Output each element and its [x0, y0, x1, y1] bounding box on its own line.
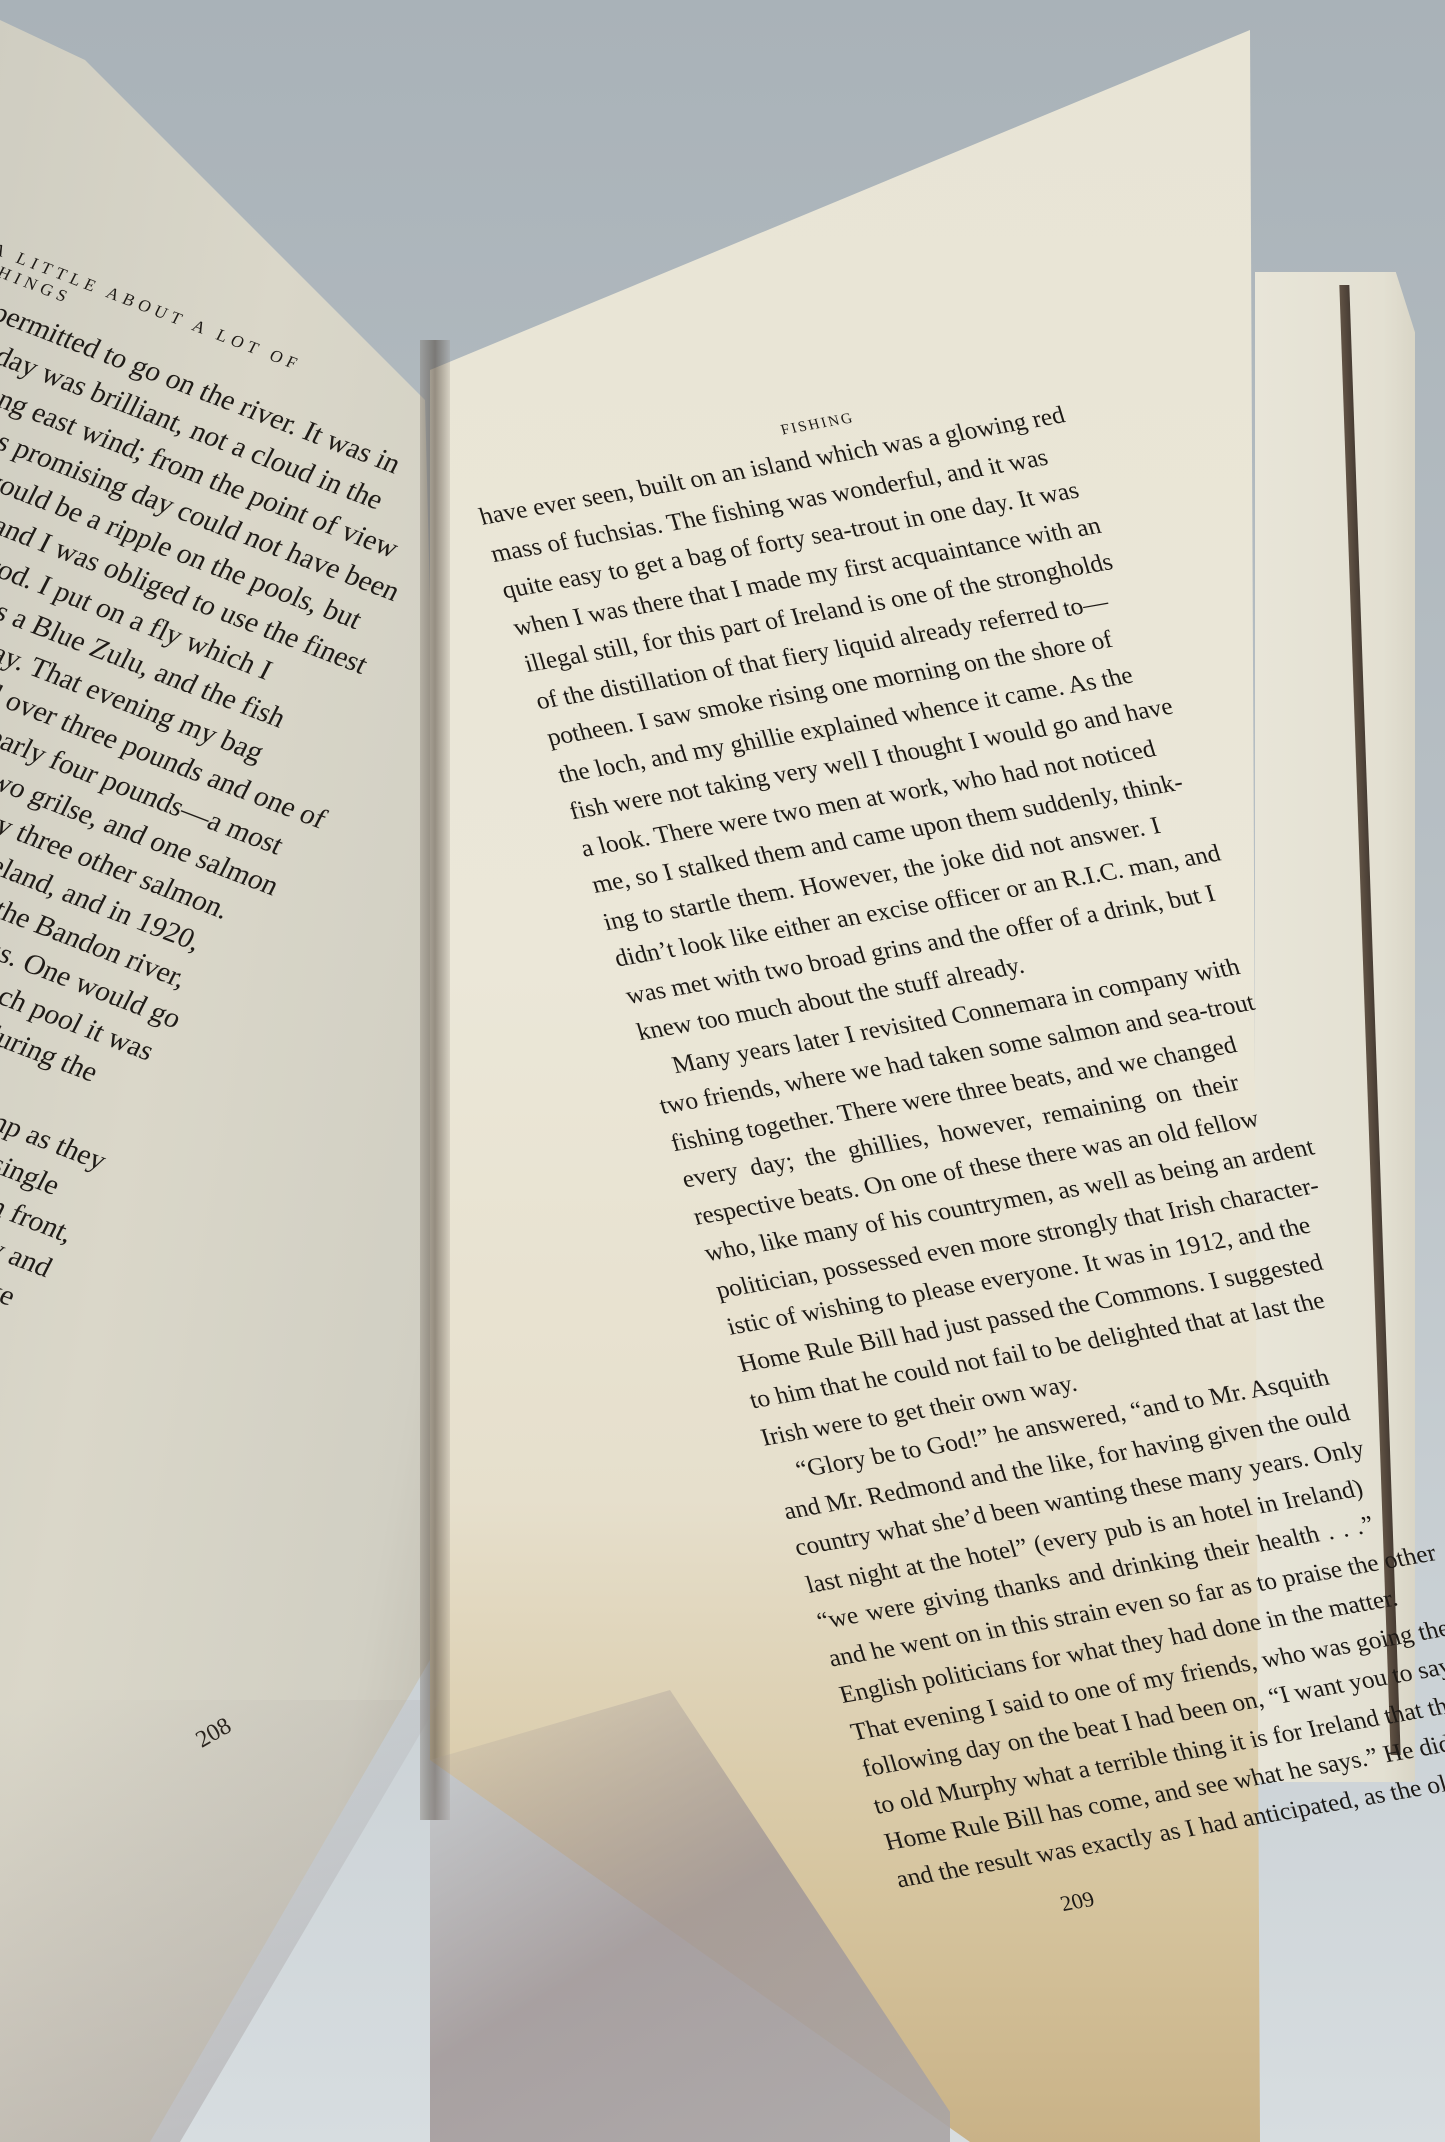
book-gutter: [420, 340, 450, 1820]
book-photo: A Little About a Lot of Things I was per…: [0, 0, 1445, 2142]
left-page-shadow: [0, 1700, 460, 2142]
